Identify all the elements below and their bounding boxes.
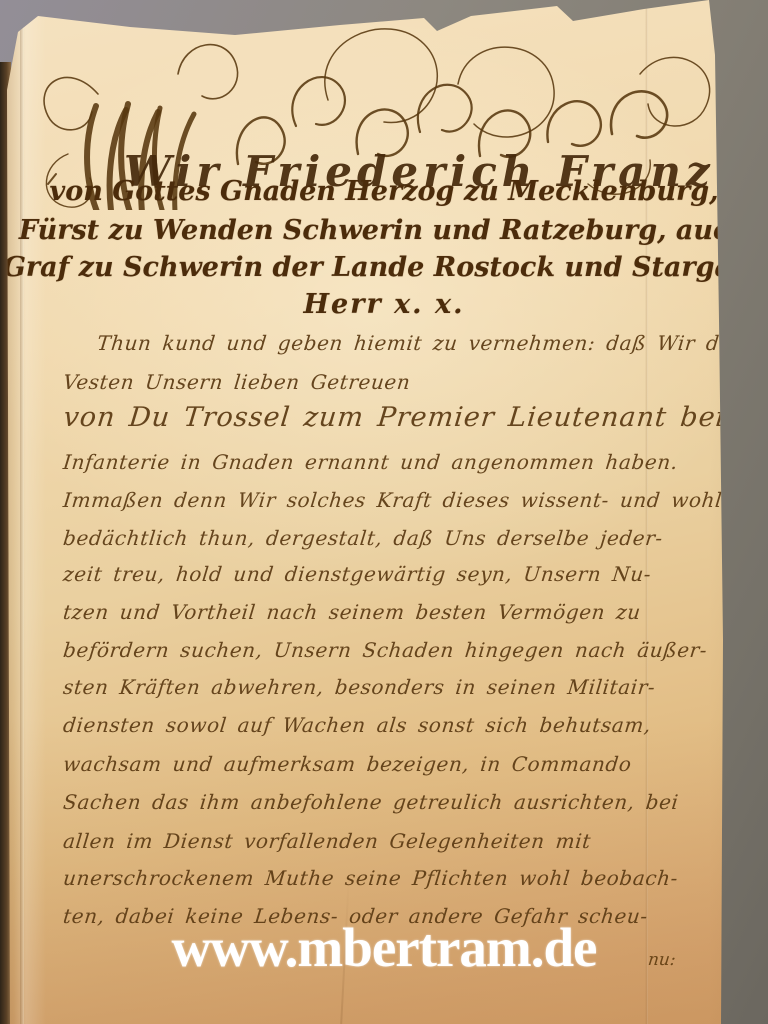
body-line-appointee-name: von Du Trossel zum Premier Lieutenant be…	[62, 402, 715, 433]
body-line: Vesten Unsern lieben Getreuen	[62, 370, 715, 394]
body-line: Sachen das ihm anbefohlene getreulich au…	[62, 790, 715, 814]
body-line: allen im Dienst vorfallenden Gelegenheit…	[62, 829, 715, 853]
body-line: Infanterie in Gnaden ernannt und angenom…	[62, 450, 715, 474]
body-line: wachsam und aufmerksam bezeigen, in Comm…	[62, 752, 715, 776]
manuscript-paper: Wir Friederich Franz von Gottes Gnaden H…	[0, 0, 768, 1024]
header-line-1: von Gottes Gnaden Herzog zu Mecklenburg,	[0, 176, 768, 207]
body-line: befördern suchen, Unsern Schaden hingege…	[62, 638, 715, 662]
header-line-4: Herr x. x.	[0, 289, 768, 320]
fold-crease-left	[20, 20, 24, 1024]
body-line: zeit treu, hold und dienstgewärtig seyn,…	[62, 562, 715, 586]
catchword: nu:	[647, 950, 677, 970]
watermark-text: www.mbertram.de	[172, 916, 597, 979]
header-line-3: Graf zu Schwerin der Lande Rostock und S…	[0, 252, 768, 283]
body-line: Thun kund und geben hiemit zu vernehmen:…	[96, 331, 749, 355]
body-line: bedächtlich thun, dergestalt, daß Uns de…	[62, 526, 715, 550]
body-line: diensten sowol auf Wachen als sonst sich…	[62, 713, 715, 737]
body-line: sten Kräften abwehren, besonders in sein…	[62, 675, 715, 699]
body-line: tzen und Vortheil nach seinem besten Ver…	[62, 600, 715, 624]
body-line: Immaßen denn Wir solches Kraft dieses wi…	[62, 488, 715, 512]
body-line: unerschrockenem Muthe seine Pflichten wo…	[62, 866, 715, 890]
photo-of-manuscript: Wir Friederich Franz von Gottes Gnaden H…	[0, 0, 768, 1024]
header-line-2: Fürst zu Wenden Schwerin und Ratzeburg, …	[0, 215, 768, 246]
